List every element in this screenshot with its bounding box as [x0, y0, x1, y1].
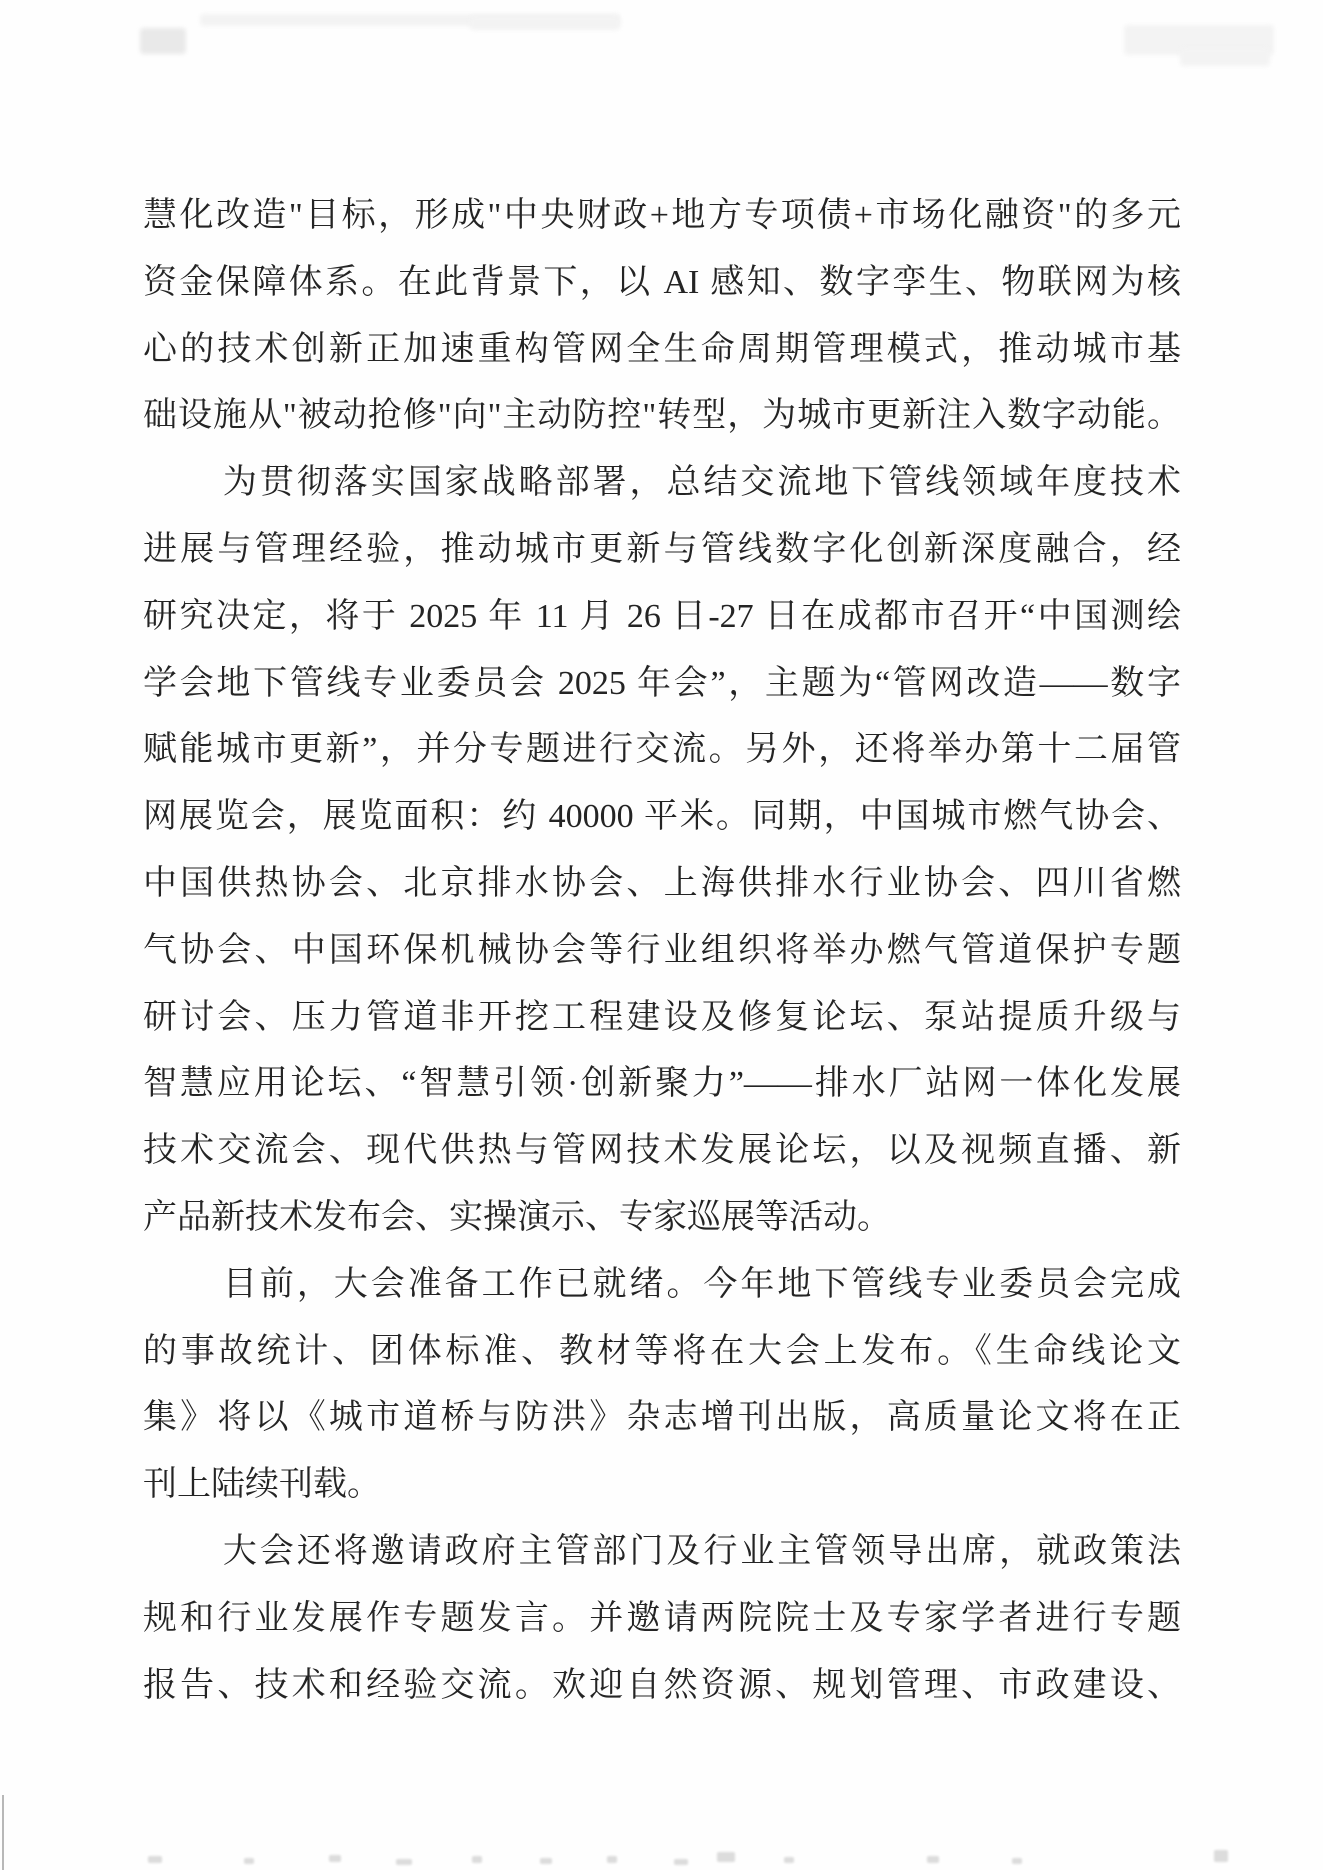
text-line: 刊上陆续刊载。 [143, 1452, 1181, 1519]
text-line: 为贯彻落实国家战略部署，总结交流地下管线领域年度技术 [143, 450, 1181, 517]
text-line: 大会还将邀请政府主管部门及行业主管领导出席，就政策法 [143, 1519, 1181, 1586]
text-line: 中国供热协会、北京排水协会、上海供排水行业协会、四川省燃 [143, 851, 1181, 918]
text-line: 网展览会，展览面积：约 40000 平米。同期，中国城市燃气协会、 [143, 784, 1181, 851]
scan-noise [1214, 1850, 1228, 1862]
scan-noise [607, 1856, 617, 1863]
scan-noise [1180, 48, 1270, 66]
text-line: 赋能城市更新”，并分专题进行交流。另外，还将举办第十二届管 [143, 717, 1181, 784]
document-text: 慧化改造"目标，形成"中央财政+地方专项债+市场化融资"的多元资金保障体系。在此… [143, 183, 1181, 1719]
scan-noise [927, 1856, 939, 1863]
scan-noise [148, 1856, 162, 1863]
scan-edge-line [2, 1795, 4, 1870]
text-line: 智慧应用论坛、“智慧引领·创新聚力”——排水厂站网一体化发展 [143, 1051, 1181, 1118]
text-line: 报告、技术和经验交流。欢迎自然资源、规划管理、市政建设、 [143, 1653, 1181, 1720]
text-line: 产品新技术发布会、实操演示、专家巡展等活动。 [143, 1185, 1181, 1252]
text-line: 研究决定，将于 2025 年 11 月 26 日-27 日在成都市召开“中国测绘 [143, 584, 1181, 651]
scan-noise [1012, 1858, 1022, 1864]
text-line: 资金保障体系。在此背景下，以 AI 感知、数字孪生、物联网为核 [143, 250, 1181, 317]
scan-noise [470, 16, 620, 30]
text-line: 础设施从"被动抢修"向"主动防控"转型，为城市更新注入数字动能。 [143, 383, 1181, 450]
text-line: 慧化改造"目标，形成"中央财政+地方专项债+市场化融资"的多元 [143, 183, 1181, 250]
text-line: 规和行业发展作专题发言。并邀请两院院士及专家学者进行专题 [143, 1586, 1181, 1653]
text-line: 集》将以《城市道桥与防洪》杂志增刊出版，高质量论文将在正 [143, 1385, 1181, 1452]
text-line: 研讨会、压力管道非开挖工程建设及修复论坛、泵站提质升级与 [143, 985, 1181, 1052]
text-line: 气协会、中国环保机械协会等行业组织将举办燃气管道保护专题 [143, 918, 1181, 985]
scan-noise [540, 1858, 552, 1864]
document-page: 慧化改造"目标，形成"中央财政+地方专项债+市场化融资"的多元资金保障体系。在此… [0, 0, 1323, 1870]
text-line: 目前，大会准备工作已就绪。今年地下管线专业委员会完成 [143, 1252, 1181, 1319]
text-line: 学会地下管线专业委员会 2025 年会”，主题为“管网改造——数字 [143, 651, 1181, 718]
text-line: 技术交流会、现代供热与管网技术发展论坛，以及视频直播、新 [143, 1118, 1181, 1185]
text-line: 进展与管理经验，推动城市更新与管线数字化创新深度融合，经 [143, 517, 1181, 584]
scan-noise [717, 1852, 735, 1862]
scan-noise [674, 1859, 688, 1865]
scan-noise [472, 1856, 482, 1863]
text-line: 心的技术创新正加速重构管网全生命周期管理模式，推动城市基 [143, 317, 1181, 384]
scan-noise [329, 1855, 341, 1862]
scan-noise [244, 1858, 254, 1864]
scan-noise [396, 1859, 412, 1865]
scan-noise [784, 1857, 794, 1863]
scan-noise [140, 28, 186, 54]
text-line: 的事故统计、团体标准、教材等将在大会上发布。《生命线论文 [143, 1319, 1181, 1386]
